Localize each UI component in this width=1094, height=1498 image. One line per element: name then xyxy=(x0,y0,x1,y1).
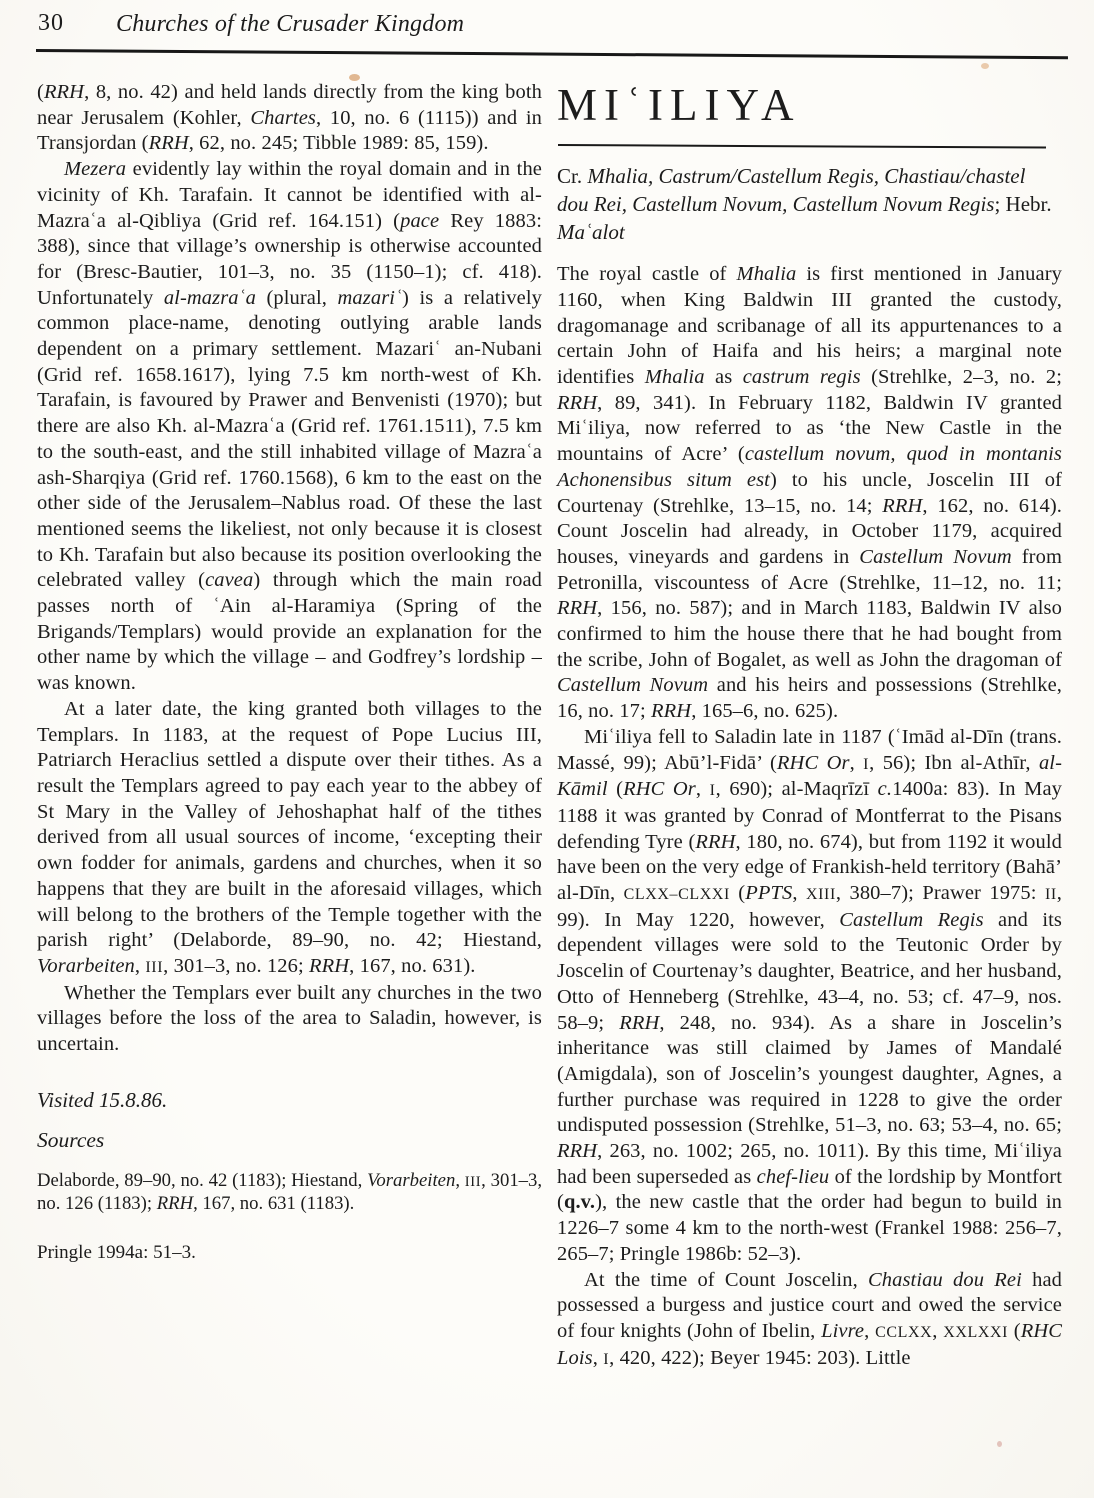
right-column: MIʿILIYA Cr. Mhalia, Castrum/Castellum R… xyxy=(557,80,1062,1372)
paragraph: At the time of Count Joscelin, Chastiau … xyxy=(557,1268,1062,1373)
paragraph: Whether the Templars ever built any chur… xyxy=(37,981,542,1058)
left-column: (RRH, 8, no. 42) and held lands directly… xyxy=(37,80,542,1264)
book-page: 30 Churches of the Crusader Kingdom (RRH… xyxy=(0,0,1094,1498)
paragraph: Mezera evidently lay within the royal do… xyxy=(37,157,542,697)
paragraph: (RRH, 8, no. 42) and held lands directly… xyxy=(37,80,542,157)
paragraph: At a later date, the king granted both v… xyxy=(37,697,542,981)
running-title: Churches of the Crusader Kingdom xyxy=(116,11,464,38)
visited-note: Visited 15.8.86. xyxy=(37,1087,542,1113)
sources-heading: Sources xyxy=(37,1127,542,1153)
paragraph: The royal castle of Mhalia is first ment… xyxy=(557,262,1062,725)
page-number: 30 xyxy=(38,10,64,37)
entry-heading-rule xyxy=(558,144,1046,149)
sources-entry: Delaborde, 89–90, no. 42 (1183); Hiestan… xyxy=(37,1170,542,1216)
paragraph: Miʿiliya fell to Saladin late in 1187 (ʿ… xyxy=(557,725,1062,1268)
scan-smudge xyxy=(997,1441,1002,1447)
cross-reference: Cr. Mhalia, Castrum/Castellum Regis, Cha… xyxy=(557,163,1062,246)
scan-smudge xyxy=(981,63,989,69)
bibliographic-reference: Pringle 1994a: 51–3. xyxy=(37,1241,542,1264)
header-rule xyxy=(36,49,1068,59)
entry-heading: MIʿILIYA xyxy=(557,80,1062,130)
